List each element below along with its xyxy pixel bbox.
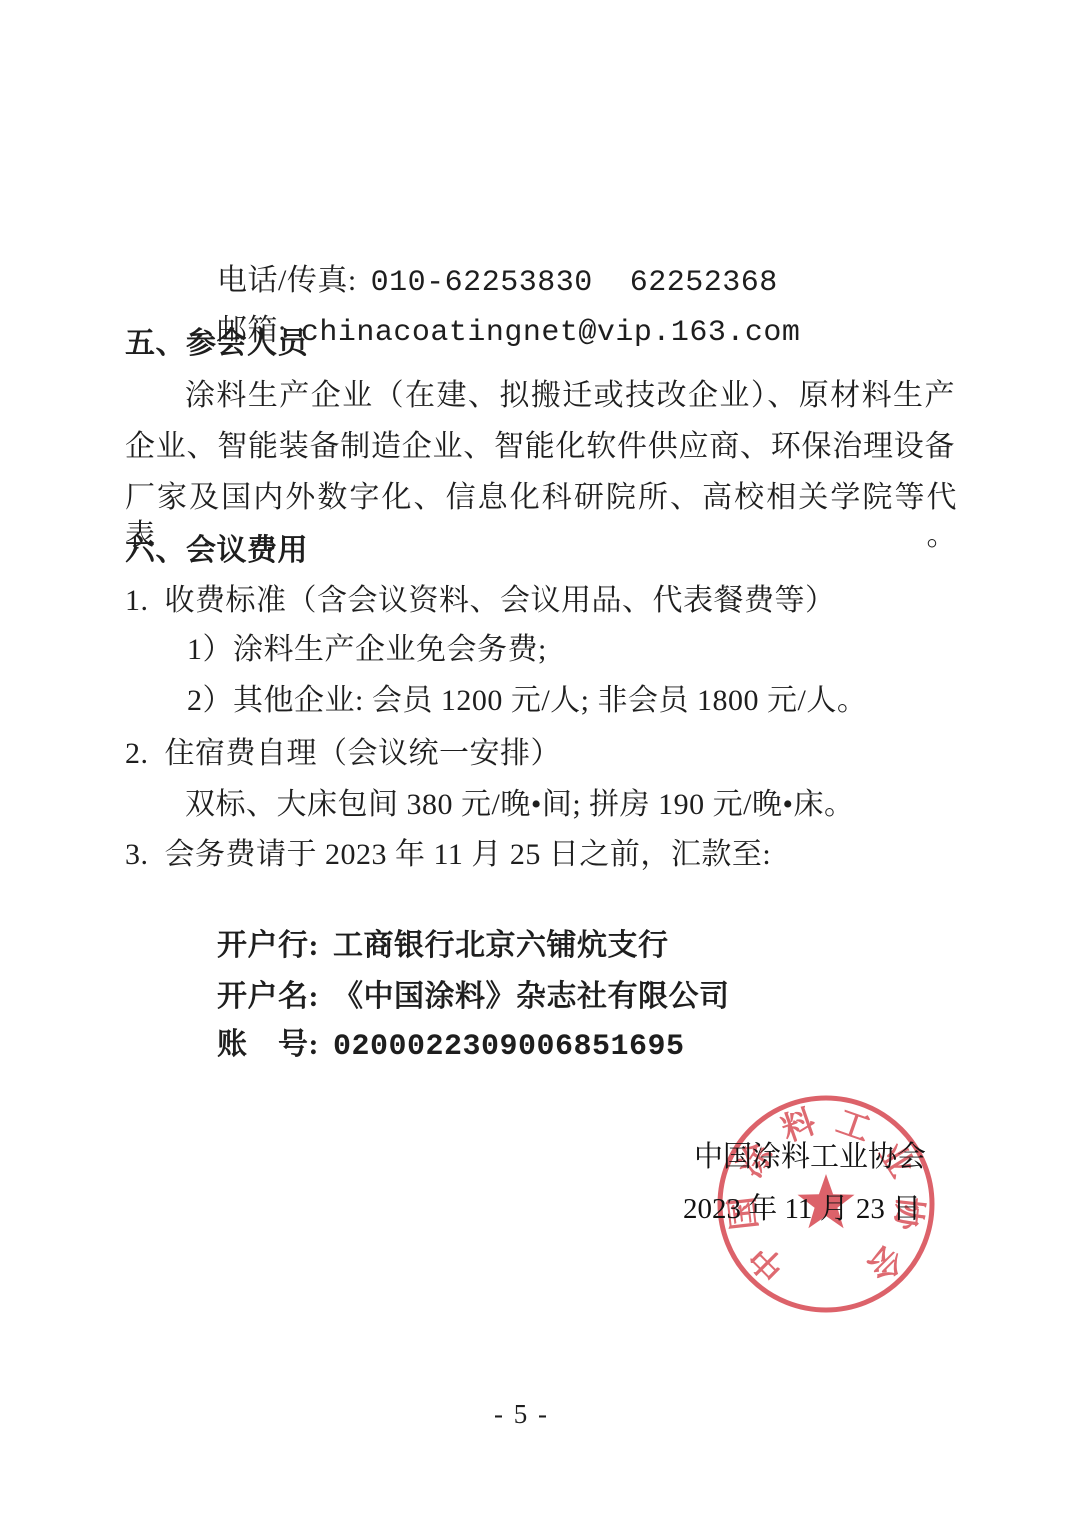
fee-item-1-sub-2: 2）其他企业: 会员 1200 元/人; 非会员 1800 元/人。 — [187, 682, 867, 720]
fee-item-2: 2. 住宿费自理（会议统一安排） — [125, 735, 561, 773]
signature-org: 中国涂料工业协会 — [694, 1140, 926, 1174]
fee-item-1: 1. 收费标准（含会议资料、会议用品、代表餐费等） — [125, 582, 836, 620]
bank-number-label: 账 号: — [217, 1028, 319, 1061]
section-5-para-line-2: 企业、智能装备制造企业、智能化软件供应商、环保治理设备 — [125, 428, 955, 466]
bank-number-line: 账 号:0200022309006851695 — [185, 988, 685, 1104]
bank-number-value: 0200022309006851695 — [333, 1030, 685, 1064]
page-number: - 5 - — [494, 1399, 549, 1430]
section-5-para-line-1: 涂料生产企业（在建、拟搬迁或技改企业）、原材料生产 — [185, 377, 955, 415]
document-page: 电话/传真:010-62253830 62252368 邮箱:chinacoat… — [0, 0, 1080, 1527]
section-6-heading: 六、会议费用 — [125, 532, 308, 570]
email-value: chinacoatingnet@vip.163.com — [301, 316, 801, 350]
section-5-heading: 五、参会人员 — [125, 325, 308, 363]
fee-item-2-sub-1: 双标、大床包间 380 元/晚•间; 拼房 190 元/晚•床。 — [185, 786, 855, 824]
fee-item-1-sub-1: 1）涂料生产企业免会务费; — [187, 631, 547, 669]
fee-item-3: 3. 会务费请于 2023 年 11 月 25 日之前，汇款至: — [125, 836, 771, 874]
signature-date: 2023 年 11 月 23 日 — [683, 1192, 921, 1226]
